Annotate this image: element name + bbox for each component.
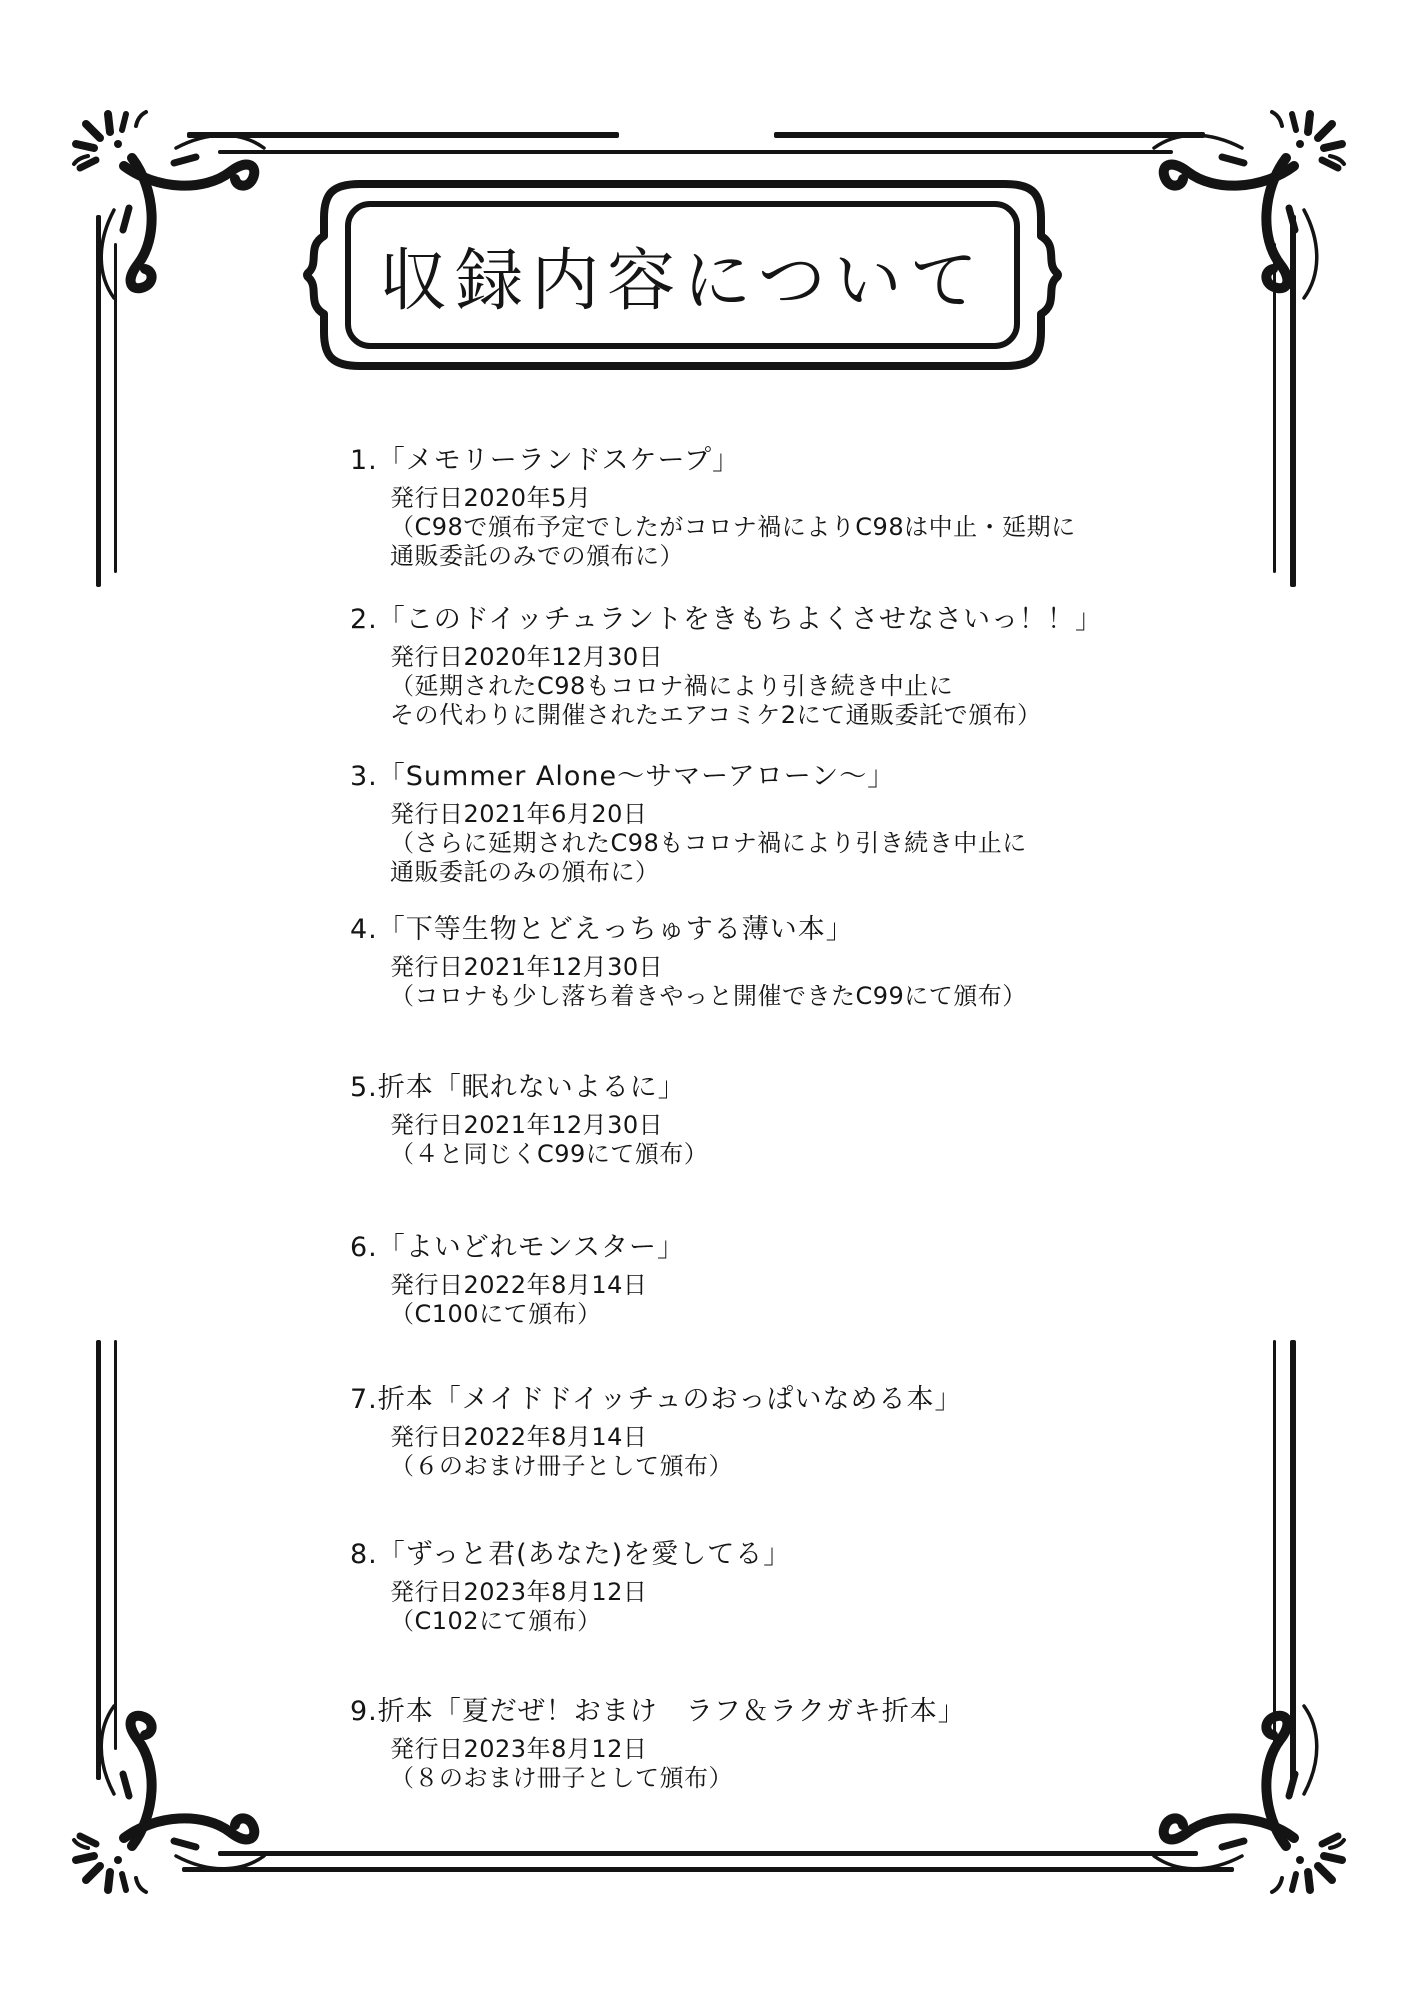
document-page: 収録内容について 1.「メモリーランドスケープ」発行日2020年5月（C98で頒… — [0, 0, 1416, 2000]
item-title: 8.「ずっと君(あなた)を愛してる」 — [350, 1532, 791, 1571]
corner-flourish-icon — [58, 92, 270, 304]
list-item: 8.「ずっと君(あなた)を愛してる」発行日2023年8月12日（C102にて頒布… — [350, 1532, 791, 1636]
list-item: 2.「このドイッチュラントをきもちよくさせなさいっ！！」発行日2020年12月3… — [350, 597, 1103, 730]
item-detail-line: （８のおまけ冊子として頒布） — [350, 1764, 966, 1793]
border-line-top-inner — [218, 150, 1173, 154]
corner-flourish-icon — [58, 1700, 270, 1912]
item-detail-line: 発行日2020年12月30日 — [350, 643, 1103, 672]
item-title: 3.「Summer Alone～サマーアローン～」 — [350, 754, 1027, 793]
item-title: 7.折本「メイドドイッチュのおっぱいなめる本」 — [350, 1377, 963, 1416]
item-detail-line: （６のおまけ冊子として頒布） — [350, 1452, 963, 1481]
item-detail-line: （C100にて頒布） — [350, 1300, 685, 1329]
list-item: 9.折本「夏だぜ！おまけ ラフ＆ラクガキ折本」発行日2023年8月12日（８のお… — [350, 1689, 966, 1793]
item-detail-line: その代わりに開催されたエアコミケ2にて通販委託で頒布） — [350, 701, 1103, 730]
item-title: 2.「このドイッチュラントをきもちよくさせなさいっ！！」 — [350, 597, 1103, 636]
border-line-left-inner — [114, 1340, 117, 1750]
list-item: 1.「メモリーランドスケープ」発行日2020年5月（C98で頒布予定でしたがコロ… — [350, 438, 1076, 571]
item-detail-line: （C98で頒布予定でしたがコロナ禍によりC98は中止・延期に — [350, 513, 1076, 542]
corner-flourish-icon — [1148, 92, 1360, 304]
item-detail-line: 発行日2021年6月20日 — [350, 800, 1027, 829]
item-title: 1.「メモリーランドスケープ」 — [350, 438, 1076, 477]
item-detail-line: 発行日2023年8月12日 — [350, 1578, 791, 1607]
border-line-bottom-outer — [182, 1867, 1234, 1872]
list-item: 3.「Summer Alone～サマーアローン～」発行日2021年6月20日（さ… — [350, 754, 1027, 887]
item-title: 4.「下等生物とどえっちゅする薄い本」 — [350, 907, 1027, 946]
list-item: 6.「よいどれモンスター」発行日2022年8月14日（C100にて頒布） — [350, 1225, 685, 1329]
item-detail-line: （４と同じくC99にて頒布） — [350, 1140, 708, 1169]
item-detail-line: 発行日2020年5月 — [350, 484, 1076, 513]
item-detail-line: 発行日2022年8月14日 — [350, 1423, 963, 1452]
corner-flourish-icon — [1148, 1700, 1360, 1912]
item-detail-line: （C102にて頒布） — [350, 1607, 791, 1636]
item-title: 5.折本「眠れないよるに」 — [350, 1065, 708, 1104]
item-detail-line: （さらに延期されたC98もコロナ禍により引き続き中止に — [350, 829, 1027, 858]
page-title: 収録内容について — [300, 172, 1065, 378]
list-item: 4.「下等生物とどえっちゅする薄い本」発行日2021年12月30日（コロナも少し… — [350, 907, 1027, 1011]
item-detail-line: 通販委託のみの頒布に） — [350, 858, 1027, 887]
item-detail-line: 発行日2023年8月12日 — [350, 1735, 966, 1764]
item-detail-line: 通販委託のみでの頒布に） — [350, 542, 1076, 571]
item-detail-line: 発行日2022年8月14日 — [350, 1271, 685, 1300]
item-title: 9.折本「夏だぜ！おまけ ラフ＆ラクガキ折本」 — [350, 1689, 966, 1728]
item-detail-line: 発行日2021年12月30日 — [350, 1111, 708, 1140]
list-item: 5.折本「眠れないよるに」発行日2021年12月30日（４と同じくC99にて頒布… — [350, 1065, 708, 1169]
item-title: 6.「よいどれモンスター」 — [350, 1225, 685, 1264]
item-detail-line: （延期されたC98もコロナ禍により引き続き中止に — [350, 672, 1103, 701]
list-item: 7.折本「メイドドイッチュのおっぱいなめる本」発行日2022年8月14日（６のお… — [350, 1377, 963, 1481]
border-line-right-inner — [1273, 1340, 1276, 1750]
border-line-bottom-inner — [218, 1851, 1198, 1856]
border-line-top-outer — [774, 132, 1205, 138]
item-detail-line: 発行日2021年12月30日 — [350, 953, 1027, 982]
item-detail-line: （コロナも少し落ち着きやっと開催できたC99にて頒布） — [350, 982, 1027, 1011]
